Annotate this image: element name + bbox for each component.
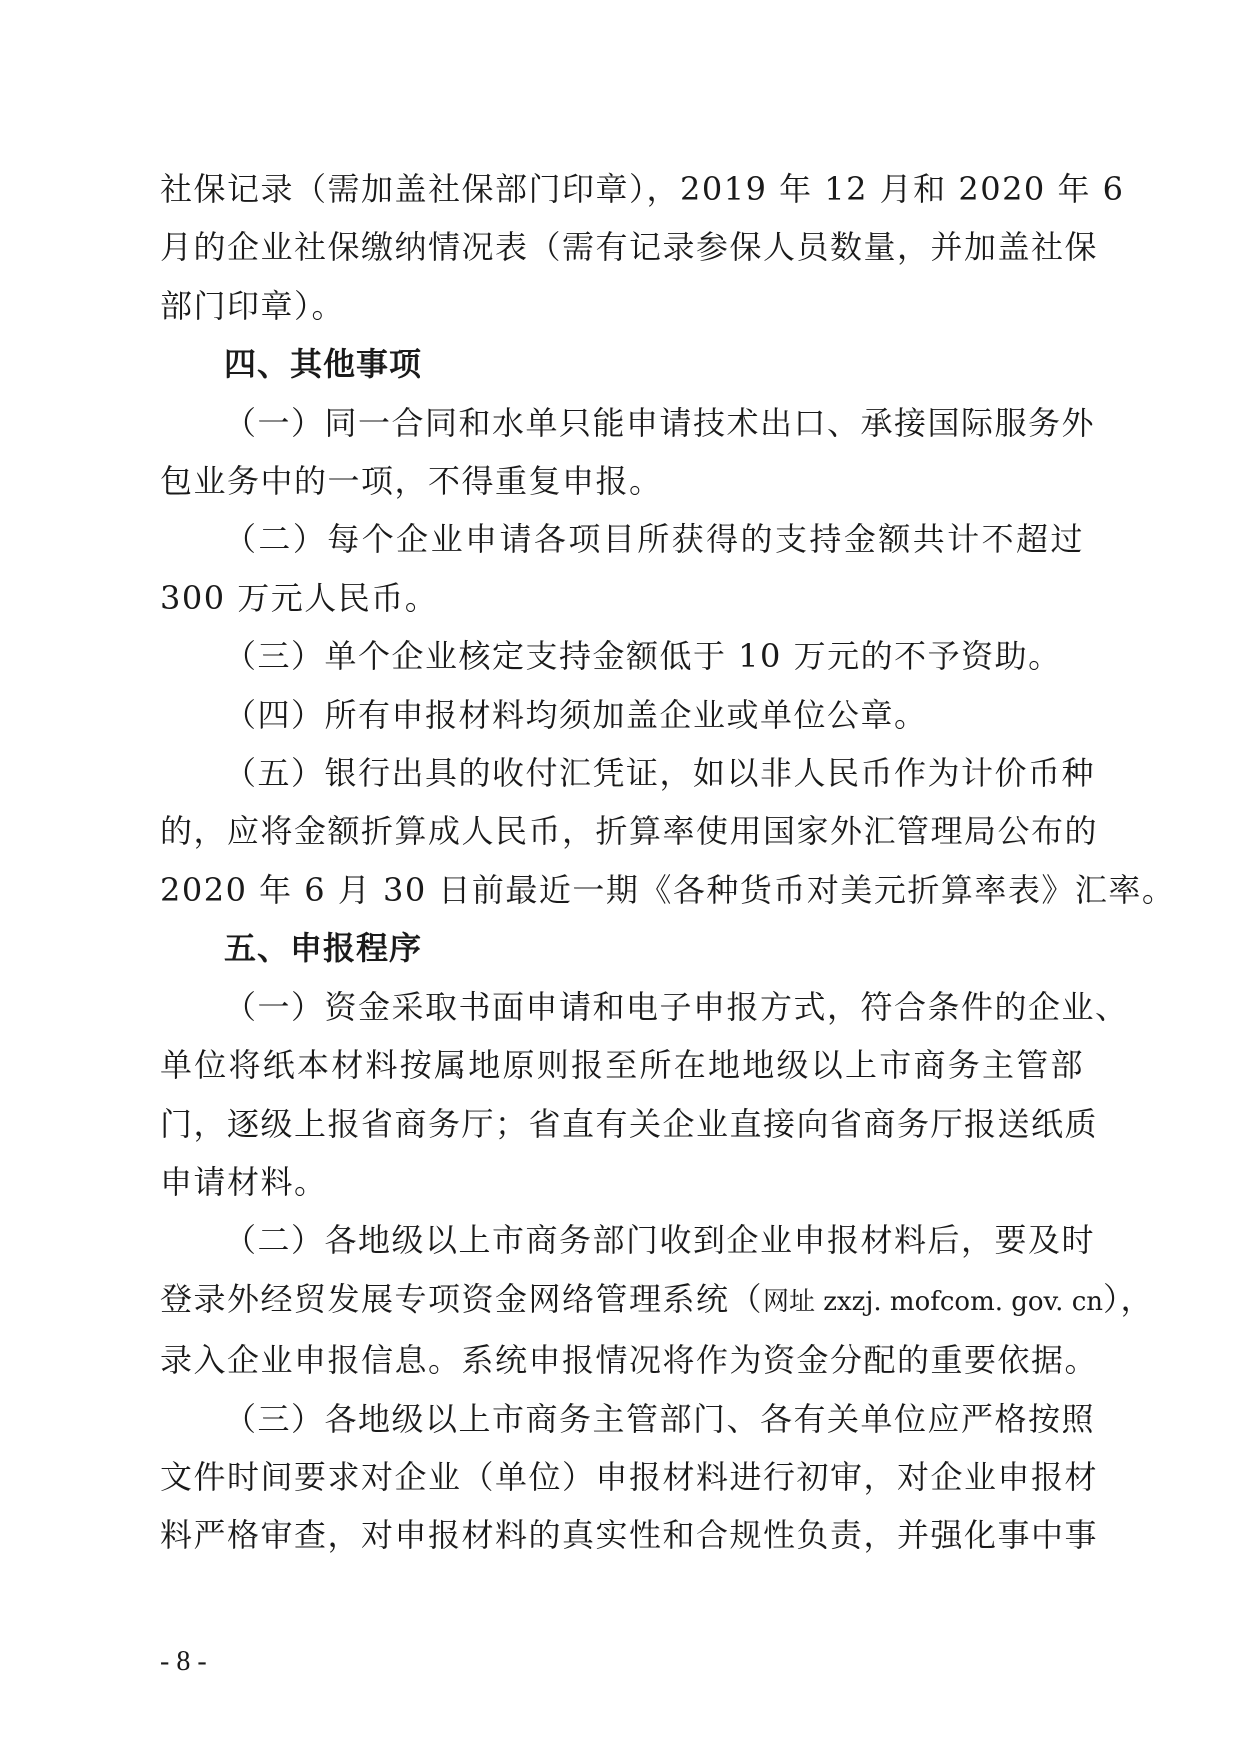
paragraph-procedure-2: （二）各地级以上市商务部门收到企业申报材料后，要及时 登录外经贸发展专项资金网络…	[160, 1211, 1084, 1389]
paragraph-item-4: （四）所有申报材料均须加盖企业或单位公章。	[160, 686, 1084, 744]
text-line: 文件时间要求对企业（单位）申报材料进行初审，对企业申报材	[160, 1448, 1084, 1506]
text-line: （一）资金采取书面申请和电子申报方式，符合条件的企业、	[160, 978, 1084, 1036]
section-heading-application-procedure: 五、申报程序	[160, 919, 1084, 977]
text-line: 300 万元人民币。	[160, 569, 1084, 627]
paragraph-procedure-1: （一）资金采取书面申请和电子申报方式，符合条件的企业、 单位将纸本材料按属地原则…	[160, 978, 1084, 1212]
text-line: 料严格审查，对申报材料的真实性和合规性负责，并强化事中事	[160, 1506, 1084, 1564]
paragraph-item-3: （三）单个企业核定支持金额低于 10 万元的不予资助。	[160, 627, 1084, 685]
document-page: 社保记录（需加盖社保部门印章），2019 年 12 月和 2020 年 6 月的…	[0, 0, 1240, 1754]
text-line: （一）同一合同和水单只能申请技术出口、承接国际服务外	[160, 394, 1084, 452]
text-line: 单位将纸本材料按属地原则报至所在地地级以上市商务主管部	[160, 1036, 1084, 1094]
paragraph-social-security-records: 社保记录（需加盖社保部门印章），2019 年 12 月和 2020 年 6 月的…	[160, 160, 1084, 335]
text-line: 包业务中的一项，不得重复申报。	[160, 452, 1084, 510]
text-line: 门，逐级上报省商务厅；省直有关企业直接向省商务厅报送纸质	[160, 1095, 1084, 1153]
text-line: （四）所有申报材料均须加盖企业或单位公章。	[160, 686, 1084, 744]
section-heading-other-matters: 四、其他事项	[160, 335, 1084, 393]
paragraph-item-5: （五）银行出具的收付汇凭证，如以非人民币作为计价币种 的，应将金额折算成人民币，…	[160, 744, 1084, 919]
text-line: 部门印章）。	[160, 277, 1084, 335]
text-line: 录入企业申报信息。系统申报情况将作为资金分配的重要依据。	[160, 1331, 1084, 1389]
text-line: （二）每个企业申请各项目所获得的支持金额共计不超过	[160, 510, 1084, 568]
text-line: （二）各地级以上市商务部门收到企业申报材料后，要及时	[160, 1211, 1084, 1269]
text-line: 申请材料。	[160, 1153, 1084, 1211]
text-line-with-url: 登录外经贸发展专项资金网络管理系统（网址 zxzj. mofcom. gov. …	[160, 1270, 1084, 1331]
text-line: （三）各地级以上市商务主管部门、各有关单位应严格按照	[160, 1390, 1084, 1448]
text-line: （五）银行出具的收付汇凭证，如以非人民币作为计价币种	[160, 744, 1084, 802]
paragraph-procedure-3: （三）各地级以上市商务主管部门、各有关单位应严格按照 文件时间要求对企业（单位）…	[160, 1390, 1084, 1565]
text-line: 2020 年 6 月 30 日前最近一期《各种货币对美元折算率表》汇率。	[160, 861, 1084, 919]
page-number: - 8 -	[160, 1646, 207, 1678]
paragraph-item-1: （一）同一合同和水单只能申请技术出口、承接国际服务外 包业务中的一项，不得重复申…	[160, 394, 1084, 511]
document-body: 社保记录（需加盖社保部门印章），2019 年 12 月和 2020 年 6 月的…	[160, 160, 1084, 1565]
system-url-link[interactable]: zxzj. mofcom. gov. cn	[823, 1287, 1103, 1317]
text-line: （三）单个企业核定支持金额低于 10 万元的不予资助。	[160, 627, 1084, 685]
text-line: 的，应将金额折算成人民币，折算率使用国家外汇管理局公布的	[160, 802, 1084, 860]
text-line: 月的企业社保缴纳情况表（需有记录参保人员数量，并加盖社保	[160, 218, 1084, 276]
paragraph-item-2: （二）每个企业申请各项目所获得的支持金额共计不超过 300 万元人民币。	[160, 510, 1084, 627]
url-prefix: 网址	[763, 1287, 823, 1317]
text-line: 社保记录（需加盖社保部门印章），2019 年 12 月和 2020 年 6	[160, 160, 1084, 218]
